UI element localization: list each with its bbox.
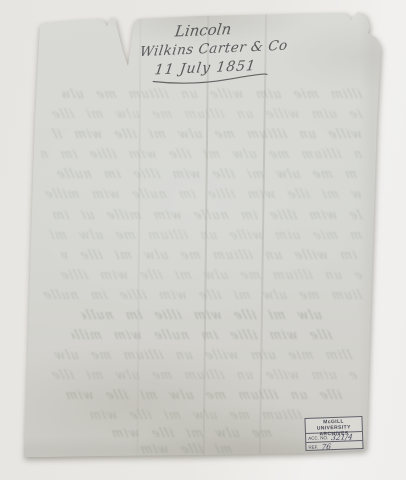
stamp-acc-label: ACC. NO.	[308, 435, 328, 441]
bleedthrough-row: e uim wille un illium me ulw mi ille wim…	[44, 368, 359, 384]
bleedthrough-row: ille wim illie im nulle wim mille ui imn…	[69, 328, 334, 344]
bleedthrough-row: illim mie uim wille un illium me ulw mi …	[59, 87, 364, 103]
letter-paper: illim mie uim wille un illium me ulw mi …	[22, 12, 382, 458]
scanned-letter-page: illim mie uim wille un illium me ulw mi …	[0, 0, 406, 480]
stamp-ref-value: 76	[321, 442, 331, 451]
stamp-acc-value: 321/4	[331, 432, 354, 442]
bleedthrough-row: me ulw mi ille wim illie im nulle wim mi…	[109, 426, 274, 442]
bleedthrough-row: e un illium me ulw mi ille wim illie im …	[49, 268, 364, 284]
letter-paper-shadow: illim mie uim wille un illium me ulw mi …	[22, 12, 382, 458]
bleedthrough-row: ie uim wille un illium me ulw mi ille wi…	[44, 107, 364, 123]
bleedthrough-row: w mi ille wim illie im nulle wim mille u…	[34, 187, 364, 203]
bleedthrough-row: ulw mi ille wim illie im nulle wim mille…	[79, 308, 324, 324]
bleedthrough-row: m me ulw mi ille wim illie im nulle wim …	[54, 167, 359, 183]
bleedthrough-row: im wille un illium me ulw mi ille wim il…	[59, 248, 359, 264]
bleedthrough-row: m mie uim wille un illium me ulw mi ille…	[44, 228, 364, 244]
bleedthrough-row: ille un illium me ulw mi ille wim illie …	[59, 388, 344, 404]
bleedthrough-row: n illium me ulw mi ille wim illie im nul…	[39, 147, 364, 163]
bleedthrough-row: lium me ulw mi ille wim illie im nulle w…	[39, 288, 364, 304]
bleedthrough-row: le wim illie im nulle wim mille ui imne …	[49, 208, 364, 224]
stamp-ref-label: REF.	[308, 444, 318, 449]
bleedthrough-row: mi ille wim illie im nulle wim mille ui …	[139, 442, 234, 458]
bleedthrough-row: llim mie uim wille un illium me ulw mi i…	[49, 348, 354, 364]
bleedthrough-row: wille un illium me ulw mi ille wim illie…	[49, 127, 364, 143]
bleedthrough-row: illium me ulw mi ille wim illie im nulle…	[79, 408, 304, 424]
archive-stamp: McGILL UNIVERSITY ARCHIVES ACC. NO. 321/…	[304, 416, 363, 451]
docket-annotation: Lincoln Wilkins Carter & Co 11 July 1851	[139, 16, 327, 89]
